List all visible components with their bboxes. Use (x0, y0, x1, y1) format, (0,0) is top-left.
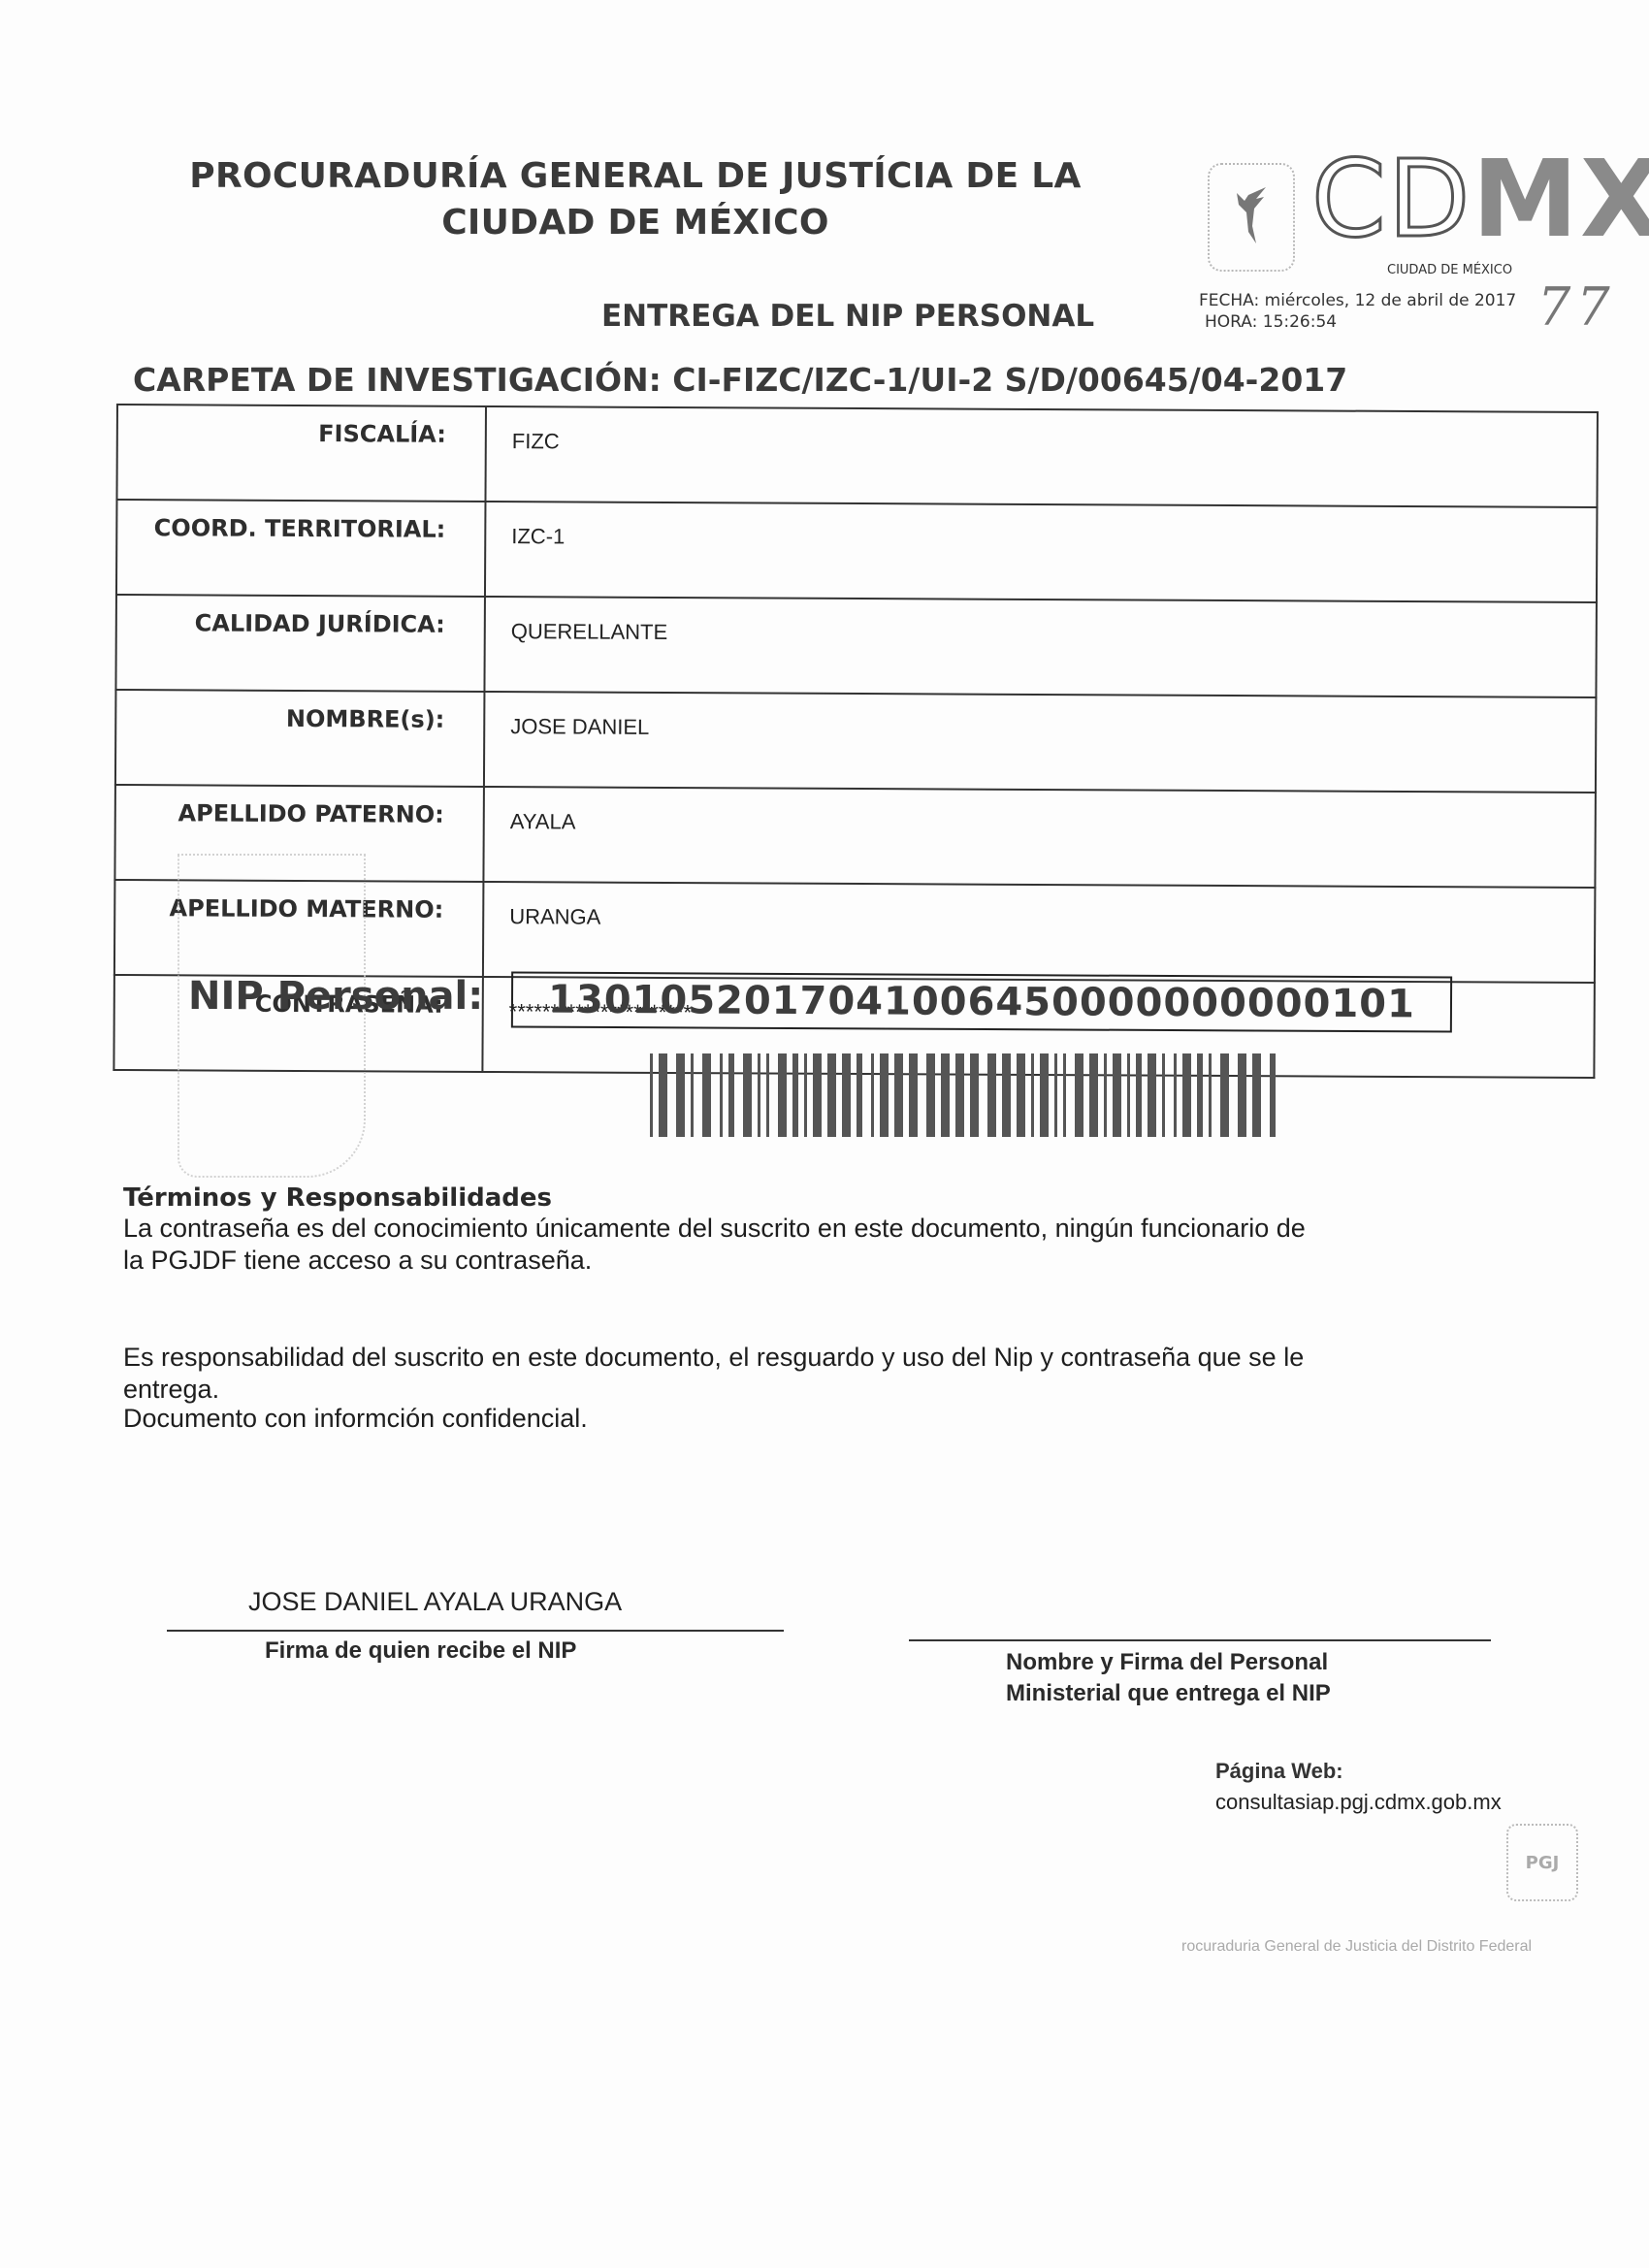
terms-paragraph-2: Es responsabilidad del suscrito en este … (123, 1342, 1336, 1406)
info-row: FISCALÍA:FIZC (116, 405, 1597, 507)
web-url: consultasiap.pgj.cdmx.gob.mx (1215, 1790, 1502, 1815)
nip-label: NIP Personal: (188, 974, 483, 1019)
staff-caption-line1: Nombre y Firma del Personal (1006, 1647, 1331, 1678)
institution-watermark: rocuraduria General de Justicia del Dist… (1181, 1938, 1532, 1956)
staff-caption-line2: Ministerial que entrega el NIP (1006, 1678, 1331, 1709)
field-value: URANGA (483, 882, 1595, 983)
seal-text: PGJ (1526, 1853, 1560, 1873)
date-text: FECHA: miércoles, 12 de abril de 2017 (1199, 291, 1516, 310)
info-row: NOMBRE(s):JOSE DANIEL (115, 690, 1596, 793)
logo-cd: CD (1311, 137, 1472, 261)
barcode-icon (640, 1053, 1290, 1137)
pgj-seal-icon: PGJ (1506, 1824, 1578, 1901)
recipient-signature-caption: Firma de quien recibe el NIP (265, 1637, 576, 1665)
field-value: FIZC (485, 406, 1597, 507)
staff-signature-caption: Nombre y Firma del Personal Ministerial … (1006, 1647, 1331, 1709)
field-value: AYALA (483, 787, 1595, 888)
field-label: COORD. TERRITORIAL: (116, 500, 486, 597)
field-label: CALIDAD JURÍDICA: (115, 595, 485, 692)
logo-subtitle: CIUDAD DE MÉXICO (1387, 263, 1512, 277)
document-title: ENTREGA DEL NIP PERSONAL (601, 299, 1094, 334)
terms-paragraph-1: La contraseña es del conocimiento únicam… (123, 1213, 1307, 1277)
recipient-name: JOSE DANIEL AYALA URANGA (248, 1587, 622, 1617)
web-label: Página Web: (1215, 1759, 1343, 1784)
info-row: CALIDAD JURÍDICA:QUERELLANTE (115, 595, 1596, 697)
field-label: FISCALÍA: (116, 405, 486, 502)
angel-emblem-icon (1208, 163, 1295, 272)
recipient-signature-line (167, 1630, 784, 1632)
institution-title-line2: CIUDAD DE MÉXICO (175, 202, 1096, 244)
field-value: JOSE DANIEL (484, 692, 1596, 793)
handwritten-folio: 77 (1537, 276, 1616, 338)
field-value: QUERELLANTE (484, 597, 1596, 697)
field-label: NOMBRE(s): (115, 690, 485, 787)
case-folder-number: CARPETA DE INVESTIGACIÓN: CI-FIZC/IZC-1/… (133, 361, 1347, 399)
staff-signature-line (909, 1639, 1491, 1641)
time-text: HORA: 15:26:54 (1205, 312, 1337, 332)
logo-mx: MX (1472, 137, 1649, 261)
institution-title-line1: PROCURADURÍA GENERAL DE JUSTÍCIA DE LA (175, 155, 1096, 198)
field-value: IZC-1 (485, 502, 1597, 602)
info-row: COORD. TERRITORIAL:IZC-1 (116, 500, 1597, 602)
nip-value: 1301052017041006450000000000101 (511, 971, 1452, 1032)
terms-title: Términos y Responsabilidades (123, 1183, 552, 1213)
terms-paragraph-3: Documento con informción confidencial. (123, 1403, 1384, 1435)
cdmx-logo: CDMX (1311, 146, 1649, 252)
